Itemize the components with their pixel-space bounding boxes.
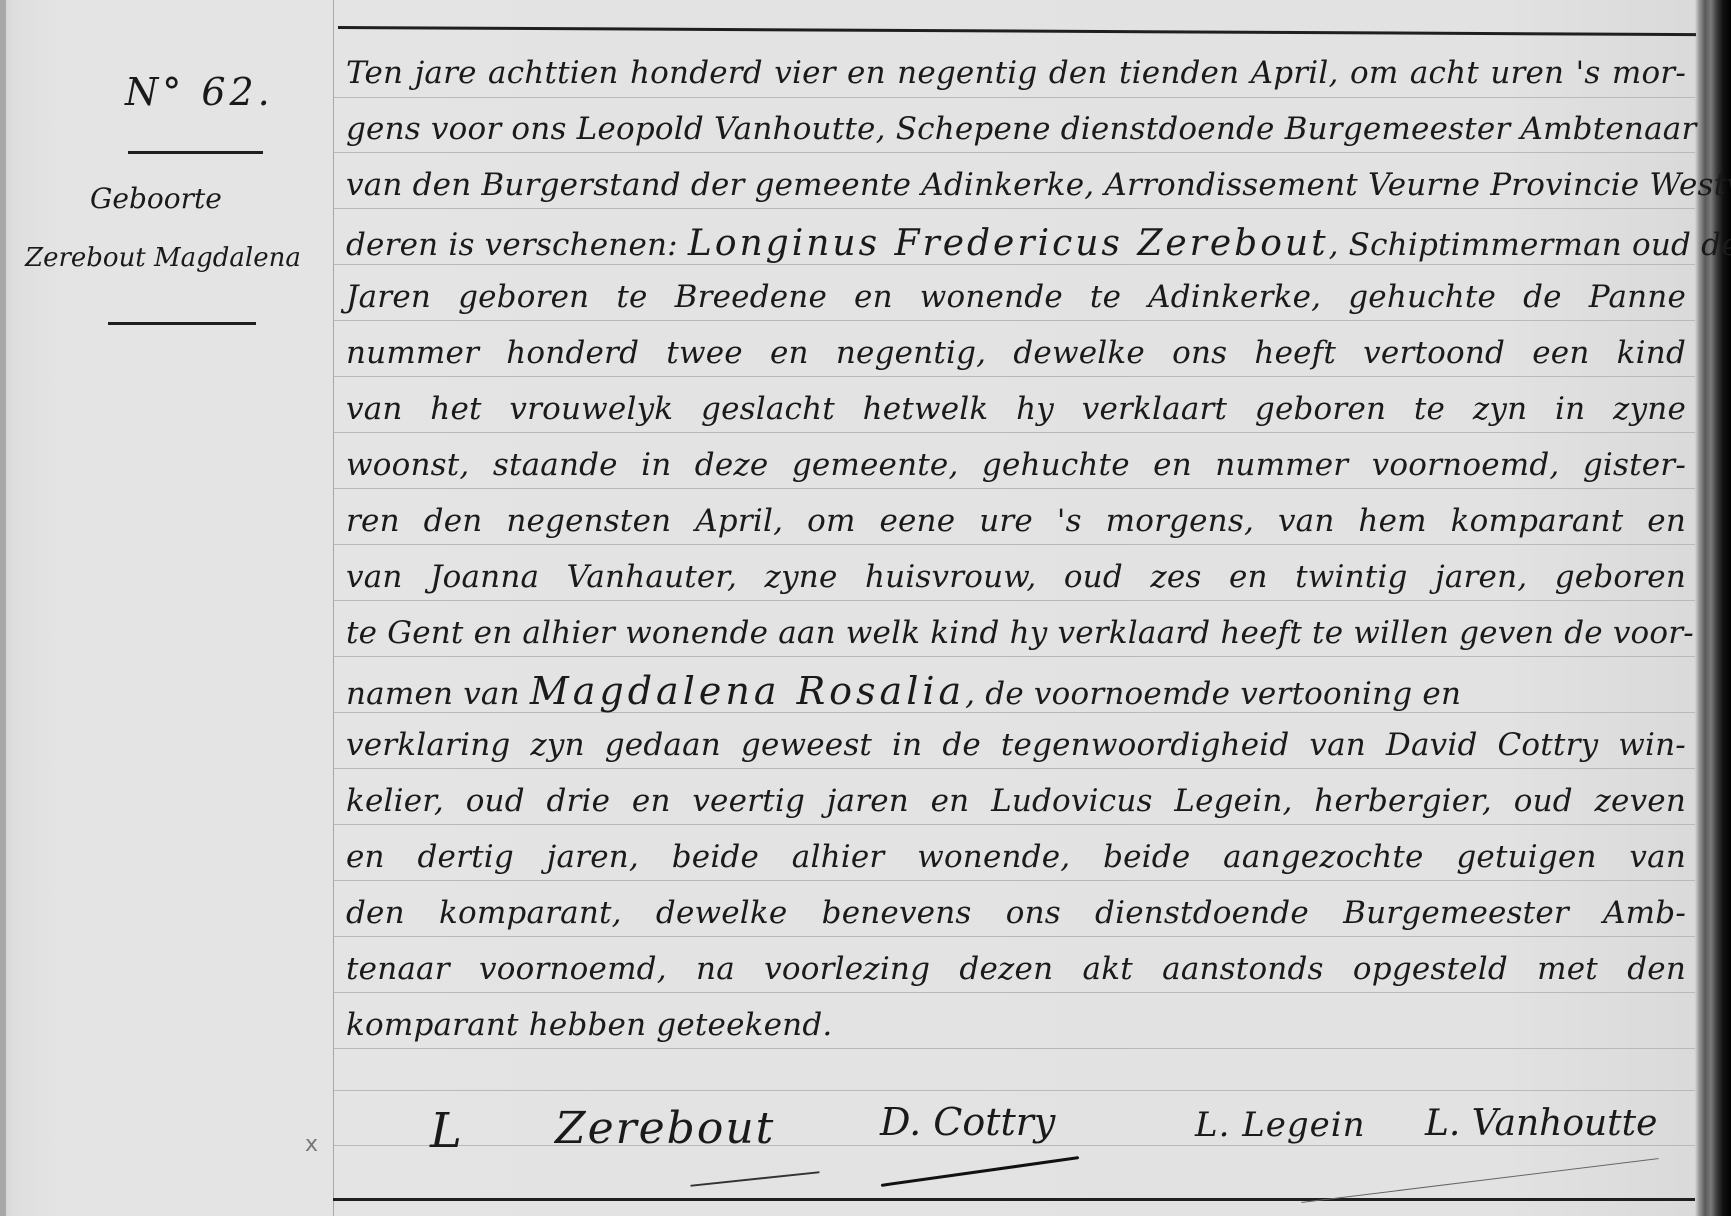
- register-page: N° 62. Geboorte Zerebout Magdalena x Ten…: [0, 0, 1731, 1216]
- ruled-line: [334, 992, 1695, 993]
- ruled-line: [334, 824, 1695, 825]
- text-line: den komparant, dewelke benevens ons dien…: [346, 895, 1686, 931]
- text-segment: , de voornoemde vertooning en: [965, 676, 1461, 712]
- ruled-line: [334, 376, 1695, 377]
- ruled-line: [334, 600, 1695, 601]
- ruled-line: [334, 320, 1695, 321]
- ruled-line: [334, 1145, 1695, 1146]
- text-line: ren den negensten April, om eene ure 's …: [346, 503, 1686, 539]
- margin-separator: [128, 151, 263, 154]
- text-line: tenaar voornoemd, na voorlezing dezen ak…: [346, 951, 1686, 987]
- text-line: van Joanna Vanhauter, zyne huisvrouw, ou…: [346, 559, 1686, 595]
- text-line: van het vrouwelyk geslacht hetwelk hy ve…: [346, 391, 1686, 427]
- signature-declarant-initial: L: [430, 1103, 462, 1159]
- text-segment: , Schiptimmerman oud dertig: [1329, 227, 1731, 263]
- text-line: verklaring zyn gedaan geweest in de tege…: [346, 727, 1686, 763]
- text-line: nummer honderd twee en negentig, dewelke…: [346, 335, 1686, 371]
- stray-x-mark: x: [305, 1132, 318, 1157]
- page-left-edge: [0, 0, 6, 1216]
- ruled-line: [334, 152, 1695, 153]
- signature-declarant: Zerebout: [555, 1103, 775, 1154]
- declarant-name: Longinus Fredericus Zerebout: [688, 223, 1329, 264]
- ruled-line: [334, 880, 1695, 881]
- text-line-declarant: deren is verschenen: Longinus Fredericus…: [346, 223, 1686, 264]
- margin-rule: [333, 0, 334, 1216]
- signature-witness-legein: L. Legein: [1195, 1105, 1366, 1145]
- top-rule: [338, 26, 1696, 36]
- bottom-rule: [333, 1198, 1695, 1201]
- text-line: van den Burgerstand der gemeente Adinker…: [346, 167, 1686, 203]
- ruled-line: [334, 768, 1695, 769]
- text-line: Ten jare achttien honderd vier en negent…: [346, 55, 1686, 91]
- text-line: komparant hebben geteekend.: [346, 1007, 1686, 1043]
- margin-title: Geboorte: [90, 182, 222, 215]
- act-number: N° 62.: [125, 70, 274, 114]
- text-line: en dertig jaren, beide alhier wonende, b…: [346, 839, 1686, 875]
- ruled-line: [334, 656, 1695, 657]
- signature-flourish: [1301, 1158, 1658, 1203]
- text-line: kelier, oud drie en veertig jaren en Lud…: [346, 783, 1686, 819]
- text-line: te Gent en alhier wonende aan welk kind …: [346, 615, 1686, 651]
- text-line: woonst, staande in deze gemeente, gehuch…: [346, 447, 1686, 483]
- signature-flourish: [690, 1171, 819, 1187]
- margin-separator: [108, 322, 256, 325]
- text-line: gens voor ons Leopold Vanhoutte, Schepen…: [346, 111, 1686, 147]
- ruled-line: [334, 264, 1695, 265]
- margin-subject: Zerebout Magdalena: [25, 243, 301, 273]
- ruled-line: [334, 936, 1695, 937]
- ruled-line: [334, 97, 1695, 98]
- ruled-line: [334, 1090, 1695, 1091]
- text-line-child: namen van Magdalena Rosalia, de voornoem…: [346, 669, 1686, 713]
- text-line: Jaren geboren te Breedene en wonende te …: [346, 279, 1686, 315]
- ruled-line: [334, 488, 1695, 489]
- ruled-line: [334, 544, 1695, 545]
- ruled-line: [334, 208, 1695, 209]
- text-segment: deren is verschenen:: [346, 227, 678, 263]
- ruled-line: [334, 432, 1695, 433]
- child-given-names: Magdalena Rosalia: [530, 669, 965, 713]
- signature-witness-cottry: D. Cottry: [880, 1100, 1055, 1144]
- signature-flourish: [881, 1156, 1079, 1187]
- ruled-line: [334, 1048, 1695, 1049]
- text-segment: namen van: [346, 676, 520, 712]
- signature-registrar: L. Vanhoutte: [1425, 1103, 1657, 1144]
